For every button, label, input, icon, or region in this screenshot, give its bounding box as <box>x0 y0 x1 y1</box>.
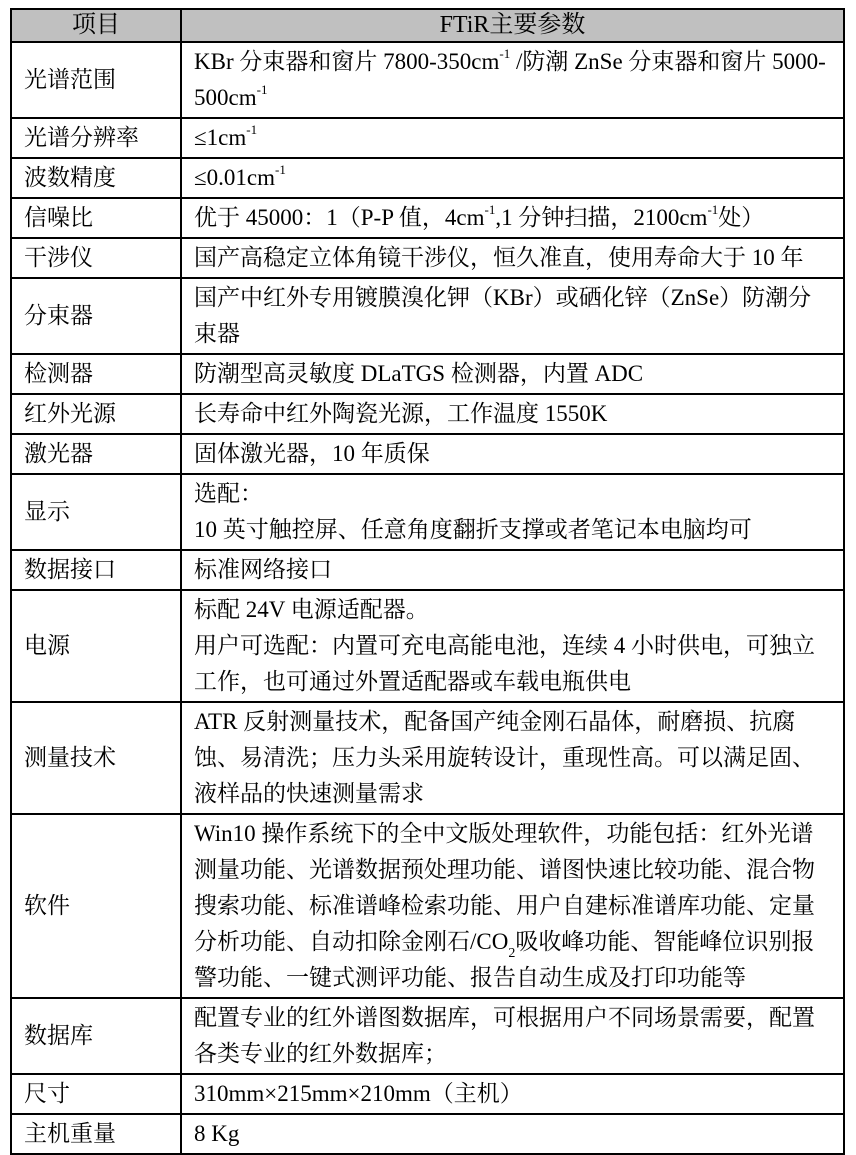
value-cell: 310mm×215mm×210mm（主机） <box>181 1074 844 1114</box>
table-row: 光谱分辨率≤1cm-1 <box>11 118 844 158</box>
value-cell: 防潮型高灵敏度 DLaTGS 检测器，内置 ADC <box>181 354 844 394</box>
table-row: 测量技术ATR 反射测量技术，配备国产纯金刚石晶体，耐磨损、抗腐蚀、易清洗；压力… <box>11 702 844 814</box>
value-cell: 固体激光器，10 年质保 <box>181 434 844 474</box>
item-cell: 显示 <box>11 474 181 550</box>
value-cell: 优于 45000：1（P-P 值，4cm-1,1 分钟扫描，2100cm-1处） <box>181 198 844 238</box>
item-cell: 电源 <box>11 590 181 702</box>
ftir-spec-table: 项目 FTiR主要参数 光谱范围KBr 分束器和窗片 7800-350cm-1 … <box>10 8 845 1155</box>
item-cell: 红外光源 <box>11 394 181 434</box>
table-row: 分束器国产中红外专用镀膜溴化钾（KBr）或硒化锌（ZnSe）防潮分束器 <box>11 278 844 354</box>
item-cell: 信噪比 <box>11 198 181 238</box>
value-cell: 配置专业的红外谱图数据库，可根据用户不同场景需要，配置各类专业的红外数据库； <box>181 998 844 1074</box>
item-cell: 分束器 <box>11 278 181 354</box>
header-cell-item: 项目 <box>11 9 181 42</box>
value-cell: 国产中红外专用镀膜溴化钾（KBr）或硒化锌（ZnSe）防潮分束器 <box>181 278 844 354</box>
table-row: 激光器固体激光器，10 年质保 <box>11 434 844 474</box>
value-cell: 选配：10 英寸触控屏、任意角度翻折支撑或者笔记本电脑均可 <box>181 474 844 550</box>
table-row: 电源标配 24V 电源适配器。用户可选配：内置可充电高能电池，连续 4 小时供电… <box>11 590 844 702</box>
item-cell: 主机重量 <box>11 1114 181 1154</box>
table-row: 红外光源长寿命中红外陶瓷光源，工作温度 1550K <box>11 394 844 434</box>
item-cell: 光谱范围 <box>11 42 181 118</box>
item-cell: 干涉仪 <box>11 238 181 278</box>
table-row: 软件Win10 操作系统下的全中文版处理软件，功能包括：红外光谱测量功能、光谱数… <box>11 814 844 998</box>
table-row: 波数精度≤0.01cm-1 <box>11 158 844 198</box>
table-row: 数据接口标准网络接口 <box>11 550 844 590</box>
value-cell: KBr 分束器和窗片 7800-350cm-1 /防潮 ZnSe 分束器和窗片 … <box>181 42 844 118</box>
item-cell: 尺寸 <box>11 1074 181 1114</box>
table-row: 干涉仪国产高稳定立体角镜干涉仪，恒久准直，使用寿命大于 10 年 <box>11 238 844 278</box>
value-cell: 标配 24V 电源适配器。用户可选配：内置可充电高能电池，连续 4 小时供电，可… <box>181 590 844 702</box>
table-row: 信噪比优于 45000：1（P-P 值，4cm-1,1 分钟扫描，2100cm-… <box>11 198 844 238</box>
table-row: 光谱范围KBr 分束器和窗片 7800-350cm-1 /防潮 ZnSe 分束器… <box>11 42 844 118</box>
item-cell: 波数精度 <box>11 158 181 198</box>
item-cell: 检测器 <box>11 354 181 394</box>
item-cell: 数据接口 <box>11 550 181 590</box>
value-cell: ≤1cm-1 <box>181 118 844 158</box>
table-header: 项目 FTiR主要参数 <box>11 9 844 42</box>
item-cell: 激光器 <box>11 434 181 474</box>
value-cell: 长寿命中红外陶瓷光源，工作温度 1550K <box>181 394 844 434</box>
table-row: 数据库配置专业的红外谱图数据库，可根据用户不同场景需要，配置各类专业的红外数据库… <box>11 998 844 1074</box>
header-cell-params: FTiR主要参数 <box>181 9 844 42</box>
item-cell: 测量技术 <box>11 702 181 814</box>
value-cell: 标准网络接口 <box>181 550 844 590</box>
value-cell: 8 Kg <box>181 1114 844 1154</box>
table-row: 尺寸310mm×215mm×210mm（主机） <box>11 1074 844 1114</box>
item-cell: 数据库 <box>11 998 181 1074</box>
value-cell: ≤0.01cm-1 <box>181 158 844 198</box>
table-row: 主机重量8 Kg <box>11 1114 844 1154</box>
value-cell: Win10 操作系统下的全中文版处理软件，功能包括：红外光谱测量功能、光谱数据预… <box>181 814 844 998</box>
header-row: 项目 FTiR主要参数 <box>11 9 844 42</box>
item-cell: 光谱分辨率 <box>11 118 181 158</box>
table-row: 显示选配：10 英寸触控屏、任意角度翻折支撑或者笔记本电脑均可 <box>11 474 844 550</box>
value-cell: 国产高稳定立体角镜干涉仪，恒久准直，使用寿命大于 10 年 <box>181 238 844 278</box>
document-page: 项目 FTiR主要参数 光谱范围KBr 分束器和窗片 7800-350cm-1 … <box>0 0 856 1155</box>
table-row: 检测器防潮型高灵敏度 DLaTGS 检测器，内置 ADC <box>11 354 844 394</box>
value-cell: ATR 反射测量技术，配备国产纯金刚石晶体，耐磨损、抗腐蚀、易清洗；压力头采用旋… <box>181 702 844 814</box>
table-body: 光谱范围KBr 分束器和窗片 7800-350cm-1 /防潮 ZnSe 分束器… <box>11 42 844 1154</box>
item-cell: 软件 <box>11 814 181 998</box>
